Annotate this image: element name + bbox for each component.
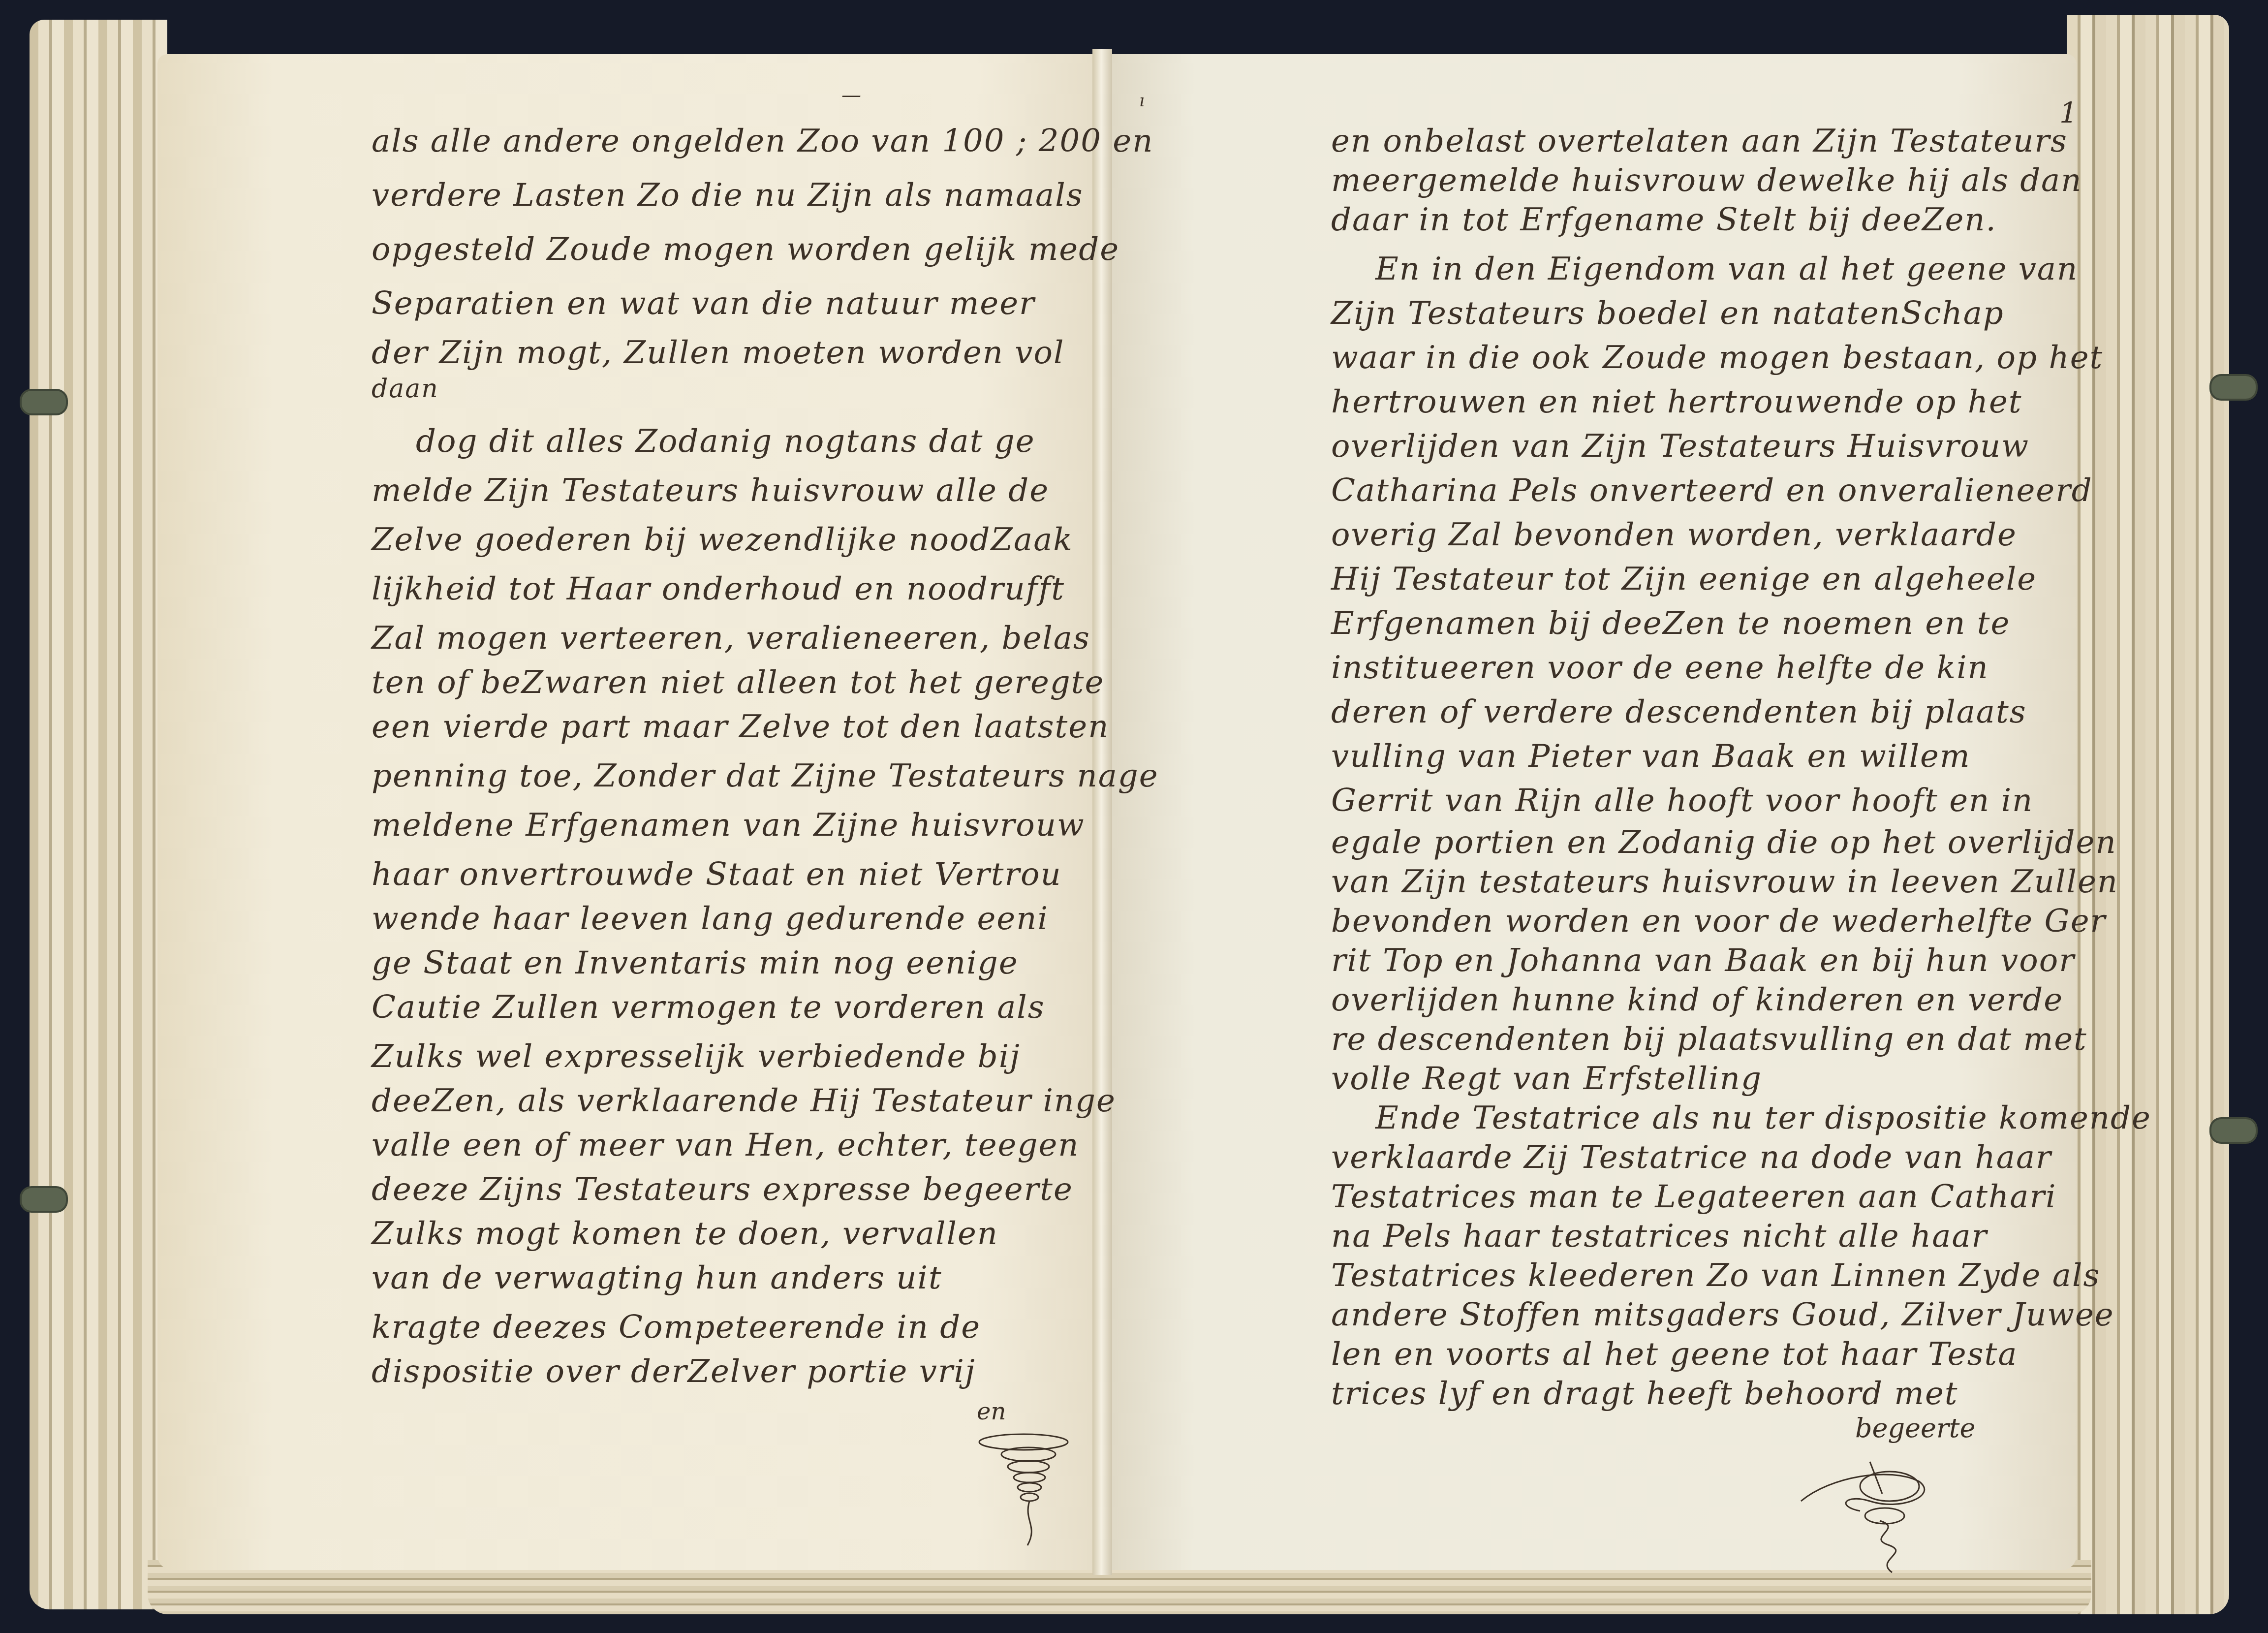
text-line: als alle andere ongelden Zoo van 100 ; 2… xyxy=(372,123,1153,159)
text-line: haar onvertrouwde Staat en niet Vertrou xyxy=(372,856,1062,893)
text-line: Separatien en wat van die natuur meer xyxy=(372,285,1035,322)
text-line: wende haar leeven lang gedurende eeni xyxy=(372,901,1049,937)
text-line: rit Top en Johanna van Baak en bij hun v… xyxy=(1331,942,2075,979)
signature-flourish-right-icon xyxy=(1791,1447,1939,1575)
text-line: Testatrices kleederen Zo van Linnen Zyde… xyxy=(1331,1257,2100,1294)
text-line: institueeren voor de eene helfte de kin xyxy=(1331,650,1989,686)
text-line: lijkheid tot Haar onderhoud en noodrufft xyxy=(372,571,1065,607)
text-line: En in den Eigendom van al het geene van xyxy=(1331,251,2078,287)
text-line: Gerrit van Rijn alle hooft voor hooft en… xyxy=(1331,783,2033,819)
text-line: valle een of meer van Hen, echter, teege… xyxy=(372,1127,1080,1163)
text-line: deren of verdere descendenten bij plaats xyxy=(1331,694,2027,730)
text-line: een vierde part maar Zelve tot den laats… xyxy=(372,709,1109,745)
text-line: deeZen, als verklaarende Hij Testateur i… xyxy=(372,1083,1116,1119)
text-line: Catharina Pels onverteerd en onveraliene… xyxy=(1331,472,2093,509)
text-line: egale portien en Zodanig die op het over… xyxy=(1331,824,2117,861)
text-line: van de verwagting hun anders uit xyxy=(372,1260,942,1296)
binding-tie-left-lower xyxy=(20,1186,68,1213)
text-line: re descendenten bij plaatsvulling en dat… xyxy=(1331,1021,2087,1058)
book-edge-right xyxy=(2067,15,2229,1614)
catchword-left: en xyxy=(977,1398,1006,1425)
text-line: Testatrices man te Legateeren aan Cathar… xyxy=(1331,1179,2057,1215)
text-line: van Zijn testateurs huisvrouw in leeven … xyxy=(1331,864,2118,900)
text-line: na Pels haar testatrices nicht alle haar xyxy=(1331,1218,1988,1255)
book-gutter xyxy=(1092,49,1112,1575)
text-line: trices lyf en dragt heeft behoord met xyxy=(1331,1376,1958,1412)
binding-tie-right-lower xyxy=(2209,1117,2258,1144)
binding-tie-left-upper xyxy=(20,389,68,415)
text-line: Cautie Zullen vermogen te vorderen als xyxy=(372,989,1045,1026)
text-line: dog dit alles Zodanig nogtans dat ge xyxy=(372,423,1035,460)
signature-flourish-left-icon xyxy=(974,1427,1083,1555)
text-line: Zal mogen verteeren, veralieneeren, bela… xyxy=(372,620,1090,657)
text-line: andere Stoffen mitsgaders Goud, Zilver J… xyxy=(1331,1297,2114,1333)
text-line: opgesteld Zoude mogen worden gelijk mede xyxy=(372,231,1119,268)
text-line: volle Regt van Erfstelling xyxy=(1331,1061,1762,1097)
text-line: ten of beZwaren niet alleen tot het gere… xyxy=(372,664,1104,701)
text-line: kragte deezes Competeerende in de xyxy=(372,1309,981,1346)
text-line: bevonden worden en voor de wederhelfte G… xyxy=(1331,903,2106,940)
binding-tie-right-upper xyxy=(2209,374,2258,401)
text-line: vulling van Pieter van Baak en willem xyxy=(1331,738,1971,775)
text-line: Erfgenamen bij deeZen te noemen en te xyxy=(1331,605,2010,642)
text-line: meldene Erfgenamen van Zijne huisvrouw xyxy=(372,807,1085,844)
text-line: penning toe, Zonder dat Zijne Testateurs… xyxy=(372,758,1159,794)
text-line: Zulks mogt komen te doen, vervallen xyxy=(372,1216,998,1252)
top-mark-left: — xyxy=(841,84,861,106)
text-line: der Zijn mogt, Zullen moeten worden vol xyxy=(372,335,1065,371)
text-line: waar in die ook Zoude mogen bestaan, op … xyxy=(1331,340,2103,376)
text-line: en onbelast overtelaten aan Zijn Testate… xyxy=(1331,123,2068,159)
text-line: verklaarde Zij Testatrice na dode van ha… xyxy=(1331,1139,2052,1176)
text-line: hertrouwen en niet hertrouwende op het xyxy=(1331,384,2022,420)
text-line: dispositie over derZelver portie vrij xyxy=(372,1353,976,1390)
text-line: ge Staat en Inventaris min nog eenige xyxy=(372,945,1019,981)
text-line: overlijden van Zijn Testateurs Huisvrouw xyxy=(1331,428,2029,465)
text-line: Zelve goederen bij wezendlijke noodZaak xyxy=(372,522,1073,558)
text-line: overlijden hunne kind of kinderen en ver… xyxy=(1331,982,2063,1018)
catchword-right: begeerte xyxy=(1855,1413,1975,1444)
text-line: Ende Testatrice als nu ter dispositie ko… xyxy=(1331,1100,2151,1136)
text-line: Zulks wel expresselijk verbiedende bij xyxy=(372,1038,1021,1075)
text-line: daar in tot Erfgename Stelt bij deeZen. xyxy=(1331,202,1997,238)
text-line: melde Zijn Testateurs huisvrouw alle de xyxy=(372,472,1049,509)
text-line: overig Zal bevonden worden, verklaarde xyxy=(1331,517,2017,553)
text-line: deeze Zijns Testateurs expresse begeerte xyxy=(372,1171,1073,1208)
text-line: meergemelde huisvrouw dewelke hij als da… xyxy=(1331,162,2082,199)
text-line: len en voorts al het geene tot haar Test… xyxy=(1331,1336,2018,1373)
text-line: daan xyxy=(372,374,439,404)
top-mark-right: ı xyxy=(1139,91,1145,111)
text-line: verdere Lasten Zo die nu Zijn als namaal… xyxy=(372,177,1084,214)
text-line: Hij Testateur tot Zijn eenige en algehee… xyxy=(1331,561,2037,597)
book-edge-left xyxy=(30,20,167,1609)
text-line: Zijn Testateurs boedel en natatenSchap xyxy=(1331,295,2004,332)
